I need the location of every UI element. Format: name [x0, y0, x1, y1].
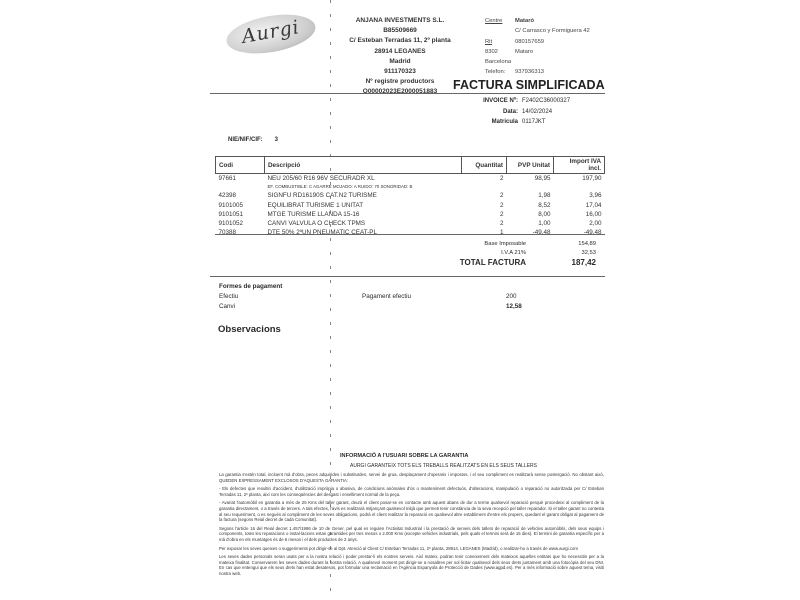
base-value: 154,89 [526, 240, 596, 249]
company-phone: 911170323 [325, 67, 475, 77]
item-description: NEU 205/60 R16 96V SECURADR XL [265, 174, 462, 184]
center-info-row: C/ Carrasco y Formiguera 42 [485, 26, 590, 36]
center-info-block: CentreMataróC/ Carrasco y Formiguera 42R… [485, 16, 590, 78]
customer-id: NIE/NIF/CIF:3 [228, 137, 278, 143]
company-cif: B85509669 [325, 26, 475, 36]
center-info-value: C/ Carrasco y Formiguera 42 [515, 26, 590, 36]
item-code: 42398 [216, 191, 265, 200]
total-value: 187,42 [526, 258, 596, 267]
center-info-label: Barcelona [485, 57, 515, 67]
item-total: 16,00 [554, 210, 605, 219]
payment-title: Formes de pagament [219, 282, 282, 292]
items-divider [215, 234, 605, 235]
paid-label: Pagament efectiu [362, 292, 411, 302]
center-info-value: Mataro [515, 47, 533, 57]
item-code: 97661 [216, 174, 265, 184]
guarantee-paragraph: - Avariat l'automòbil en garantia a més … [219, 500, 604, 522]
invoice-number: F2402C36000327 [522, 96, 570, 107]
observations-title: Observacions [218, 324, 281, 335]
col-quantity: Quantitat [462, 157, 507, 174]
col-description: Descripció [265, 157, 462, 174]
center-info-label: Centre [485, 16, 515, 26]
company-name: ANJANA INVESTMENTS S.L. [325, 16, 475, 26]
nie-value: 3 [275, 137, 278, 143]
center-info-row: CentreMataró [485, 16, 590, 26]
center-info-row: Telefon:937936313 [485, 67, 590, 77]
base-label: Base Imposable [430, 240, 526, 249]
vat-value: 32,53 [526, 249, 596, 258]
center-info-label: Rit [485, 37, 515, 47]
change-label: Canvi [219, 302, 282, 312]
vat-label: I.V.A 21% [430, 249, 526, 258]
nie-label: NIE/NIF/CIF: [228, 137, 263, 143]
item-unit-price: 98,95 [507, 174, 554, 184]
item-quantity: 2 [462, 174, 507, 184]
payment-method: Efectiu [219, 292, 282, 302]
table-row: 9101052CANVI VALVULA O CHECK TPMS21,002,… [216, 219, 605, 228]
col-total: Import IVA incl. [554, 157, 605, 174]
invoice-date: 14/02/2024 [522, 107, 552, 118]
payment-methods: Formes de pagament Efectiu Canvi [219, 282, 282, 312]
header-divider [210, 93, 605, 94]
items-table: Codi Descripció Quantitat PVP Unitat Imp… [215, 156, 605, 238]
guarantee-title: INFORMACIÓ A l'USUARI SOBRE LA GARANTIA [340, 453, 468, 459]
item-total: 197,90 [554, 174, 605, 184]
items-header-row: Codi Descripció Quantitat PVP Unitat Imp… [216, 157, 605, 174]
item-code: 9101052 [216, 219, 265, 228]
item-description: EQUILIBRAT TURISME 1 UNITAT [265, 201, 462, 210]
table-row: 97661NEU 205/60 R16 96V SECURADR XL298,9… [216, 174, 605, 184]
company-province: Madrid [325, 57, 475, 67]
item-unit-price: 1,00 [507, 219, 554, 228]
guarantee-subtitle: AURGI GARANTEIX TOTS ELS TREBALLS REALIT… [350, 463, 537, 469]
guarantee-text: La garantia s'estén total, incloent mà d… [219, 472, 604, 580]
guarantee-paragraph: Les seves dades personals seran usats pe… [219, 554, 604, 576]
aurgi-logo: Aurgi [224, 8, 319, 59]
item-total: 17,04 [554, 201, 605, 210]
table-row: 9101005EQUILIBRAT TURISME 1 UNITAT28,521… [216, 201, 605, 210]
company-address: C/ Esteban Terradas 11, 2º planta [325, 36, 475, 46]
table-row: 9101051MTGE TURISME LLANDA 15-1628,0016,… [216, 210, 605, 219]
item-unit-price: 8,00 [507, 210, 554, 219]
item-description: CANVI VALVULA O CHECK TPMS [265, 219, 462, 228]
plate-label: Matricula [470, 117, 522, 128]
invoice-page: Aurgi ANJANA INVESTMENTS S.L. B85509669 … [0, 0, 800, 600]
paid-value: 200 [506, 292, 522, 302]
item-quantity: 2 [462, 191, 507, 200]
plate-value: 0117JKT [522, 117, 546, 128]
center-info-value: Mataró [515, 16, 534, 26]
center-info-row: 8302Mataro [485, 47, 590, 57]
company-postal-city: 28914 LEGANES [325, 47, 475, 57]
item-quantity: 2 [462, 210, 507, 219]
total-label: TOTAL FACTURA [430, 258, 526, 267]
item-description: MTGE TURISME LLANDA 15-16 [265, 210, 462, 219]
center-info-row: Rit080157659 [485, 37, 590, 47]
invoice-number-label: INVOICE Nº: [470, 96, 522, 107]
payment-values: 200 12,58 [506, 292, 522, 312]
center-info-label [485, 26, 515, 36]
invoice-meta: INVOICE Nº:F2402C36000327 Data:14/02/202… [470, 96, 570, 128]
col-unit-price: PVP Unitat [507, 157, 554, 174]
totals-block: Base Imposable154,89 I.V.A 21%32,53 TOTA… [430, 240, 596, 267]
item-code: 9101051 [216, 210, 265, 219]
center-info-value: 080157659 [515, 37, 544, 47]
guarantee-paragraph: Segons l'article 16 del Reial decret 1.4… [219, 526, 604, 543]
logo-text: Aurgi [240, 16, 301, 48]
totals-divider [210, 276, 605, 277]
item-description: SIGNFU RD16190S CAT.N2 TURISME [265, 191, 462, 200]
change-value: 12,58 [506, 302, 522, 312]
guarantee-paragraph: - Els defectes que resultin d'accident, … [219, 486, 604, 497]
center-info-label: 8302 [485, 47, 515, 57]
item-total: 2,00 [554, 219, 605, 228]
item-note: EF. COMBUSTIBLE: C AGARRE MOJADO: A RUID… [265, 183, 605, 191]
center-info-label: Telefon: [485, 67, 515, 77]
guarantee-paragraph: La garantia s'estén total, incloent mà d… [219, 472, 604, 483]
item-note-row: EF. COMBUSTIBLE: C AGARRE MOJADO: A RUID… [216, 183, 605, 191]
table-row: 42398SIGNFU RD16190S CAT.N2 TURISME21,98… [216, 191, 605, 200]
item-quantity: 2 [462, 201, 507, 210]
document-title: FACTURA SIMPLIFICADA [453, 78, 605, 92]
item-unit-price: 1,98 [507, 191, 554, 200]
center-info-value: 937936313 [515, 67, 544, 77]
item-unit-price: 8,52 [507, 201, 554, 210]
guarantee-paragraph: Per exposar les seves queixes o suggerim… [219, 546, 604, 552]
center-info-row: Barcelona [485, 57, 590, 67]
invoice-date-label: Data: [470, 107, 522, 118]
item-code: 9101005 [216, 201, 265, 210]
item-total: 3,96 [554, 191, 605, 200]
col-code: Codi [216, 157, 265, 174]
item-quantity: 2 [462, 219, 507, 228]
